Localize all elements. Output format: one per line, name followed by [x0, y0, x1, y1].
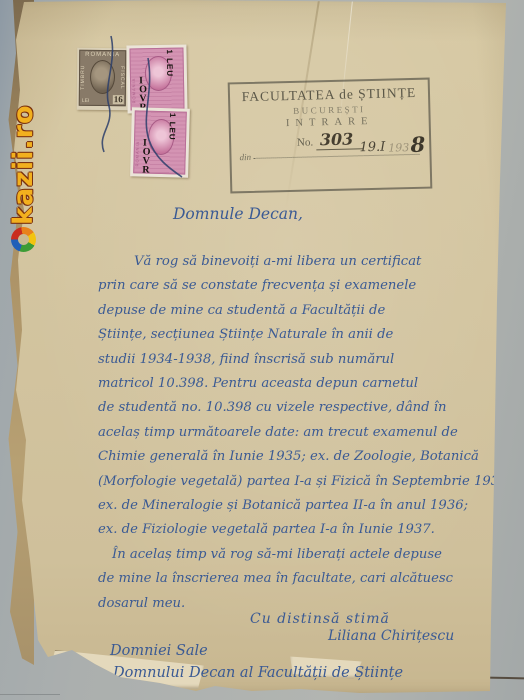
okazii-watermark: kazii.ro — [8, 2, 39, 252]
pen-cancellation-strokes — [0, 0, 524, 700]
table-seam-line — [0, 694, 60, 695]
okazii-logo-icon — [11, 227, 36, 252]
table-seam-line — [488, 677, 524, 680]
letter-paper: ROMANIA TIMBRU FISCAL LEI 16 ROMANIA I O… — [0, 0, 524, 700]
photo-background: ROMANIA TIMBRU FISCAL LEI 16 ROMANIA I O… — [0, 0, 524, 700]
okazii-watermark-text: kazii.ro — [8, 104, 39, 225]
